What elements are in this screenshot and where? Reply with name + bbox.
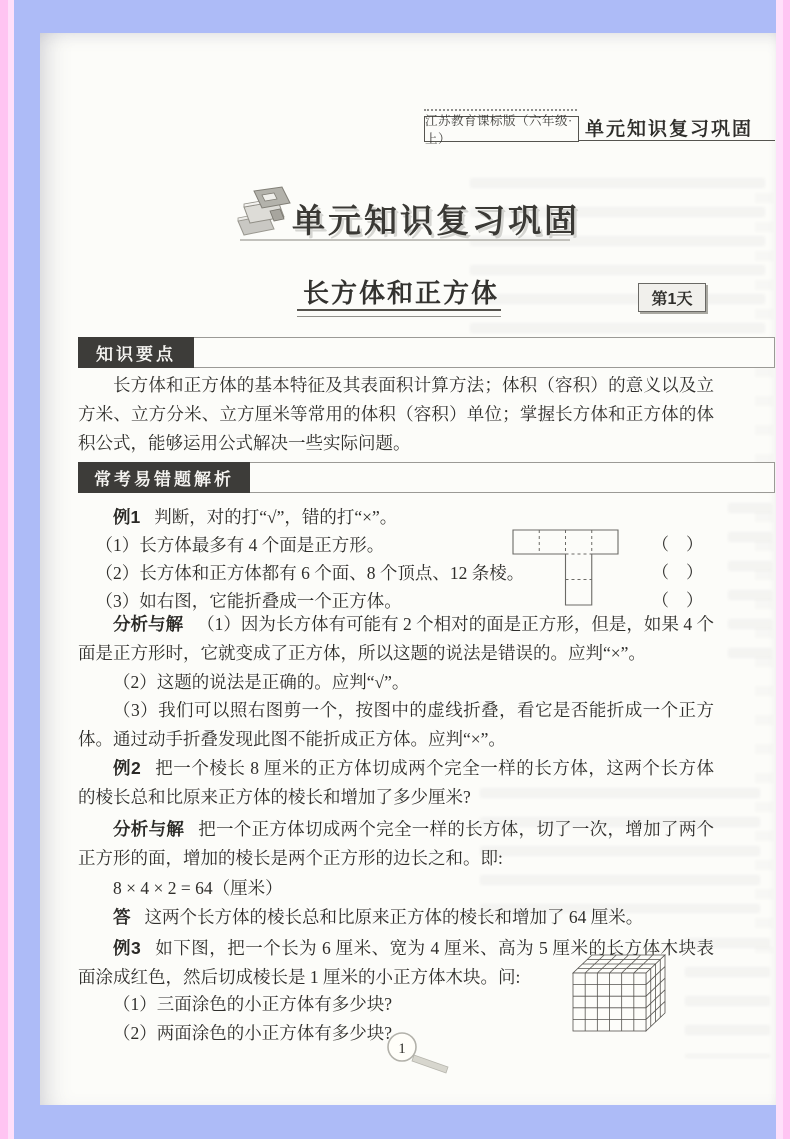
example2-question: 例2把一个棱长 8 厘米的正方体切成两个完全一样的长方体，这两个长方体的棱长总和… [78, 754, 714, 812]
section-heading-knowledge: 知识要点 [78, 337, 194, 368]
magnifier-handle-icon [412, 1055, 448, 1073]
answer-label: 答 [113, 907, 131, 927]
books-icon [236, 185, 300, 243]
knowledge-paragraph: 长方体和正方体的基本特征及其表面积计算方法；体积（容积）的意义以及立方米、立方分… [78, 371, 714, 458]
example2-answer: 答这两个长方体的棱长总和比原来正方体的棱长和增加了 64 厘米。 [78, 903, 714, 932]
example3-label: 例3 [113, 938, 141, 958]
day-badge: 第1天 [638, 283, 706, 312]
running-head-title: 单元知识复习巩固 [585, 114, 753, 141]
section-heading-analysis: 常考易错题解析 [78, 462, 250, 493]
page-number: 1 [398, 1041, 406, 1057]
unit-title: 长方体和正方体 [303, 273, 499, 310]
example1-solution-p2: （2）这题的说法是正确的。应判“√”。 [78, 668, 714, 697]
book-page: 江苏教育课标版（六年级·上） 单元知识复习巩固 单元知识复习巩固 长方体和正方体… [40, 33, 776, 1105]
example1-solution-p3: （3）我们可以照右图剪一个，按图中的虚线折叠，看它是否能折成一个正方体。通过动手… [78, 696, 714, 754]
solution-label: 分析与解 [113, 614, 183, 634]
answer-blank-1: （ ） [652, 534, 703, 556]
unit-title-underline [297, 309, 501, 317]
section-band-analysis: 常考易错题解析 [78, 462, 775, 493]
solution-label: 分析与解 [113, 819, 184, 839]
example2-label: 例2 [113, 758, 141, 778]
answer-blank-3: （ ） [652, 590, 703, 612]
example1-label: 例1 [113, 507, 140, 527]
example2-solution: 分析与解把一个正方体切成两个完全一样的长方体，切了一次，增加了两个正方形的面，增… [78, 815, 714, 873]
answer-blank-2: （ ） [652, 562, 703, 584]
border-strip-light-pink-right [776, 0, 783, 1139]
section-band-knowledge: 知识要点 [78, 337, 775, 368]
page-title: 单元知识复习巩固 [292, 195, 580, 242]
example2-formula: 8 × 4 × 2 = 64（厘米） [78, 874, 714, 903]
cube-net-diagram [506, 523, 632, 623]
edition-label: 江苏教育课标版（六年级·上） [424, 116, 579, 142]
bleed-through-artifact [755, 193, 773, 953]
painted-cube-diagram [571, 953, 669, 1039]
example1-solution-p1: 分析与解（1）因为长方体有可能有 2 个相对的面是正方形，但是，如果 4 个面是… [78, 610, 714, 668]
title-underline [240, 239, 570, 241]
page-number-marker: 1 [380, 1029, 462, 1077]
